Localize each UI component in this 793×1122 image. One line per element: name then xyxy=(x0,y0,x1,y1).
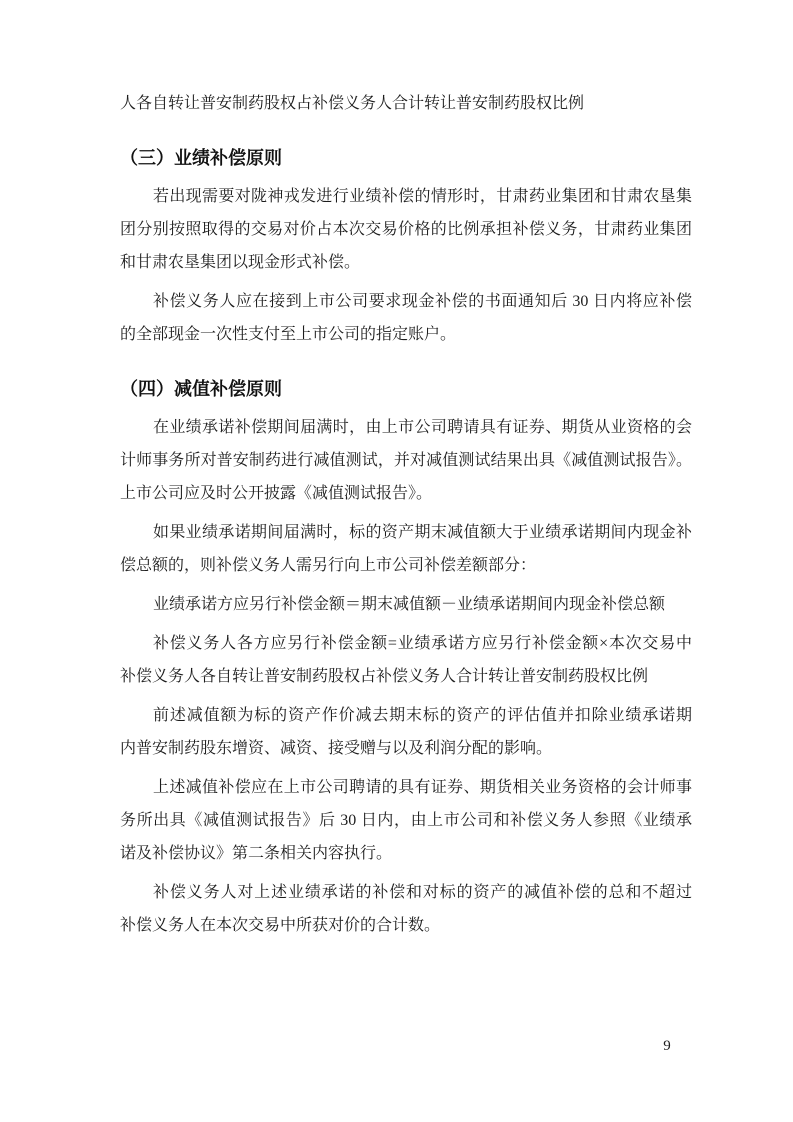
document-page: 人各自转让普安制药股权占补偿义务人合计转让普安制药股权比例 （三）业绩补偿原则 … xyxy=(0,0,793,1122)
paragraph-line: 补偿义务人对上述业绩承诺的补偿和对标的资产的减值补偿的总和不超过 xyxy=(120,876,692,909)
formula-paragraph: 业绩承诺方应另行补偿金额＝期末减值额－业绩承诺期间内现金补偿总额 xyxy=(120,588,692,621)
formula-line: 业绩承诺方应另行补偿金额＝期末减值额－业绩承诺期间内现金补偿总额 xyxy=(120,588,692,621)
paragraph-line: 诺及补偿协议》第二条相关内容执行。 xyxy=(120,837,692,870)
formula-paragraph: 补偿义务人各方应另行补偿金额=业绩承诺方应另行补偿金额×本次交易中 补偿义务人各… xyxy=(120,627,692,693)
paragraph: 补偿义务人对上述业绩承诺的补偿和对标的资产的减值补偿的总和不超过 补偿义务人在本… xyxy=(120,876,692,942)
paragraph-line: 若出现需要对陇神戎发进行业绩补偿的情形时，甘肃药业集团和甘肃农垦集 xyxy=(120,180,692,213)
paragraph-line: 团分别按照取得的交易对价占本次交易价格的比例承担补偿义务，甘肃药业集团 xyxy=(120,213,692,246)
paragraph: 前述减值额为标的资产作价减去期末标的资产的评估值并扣除业绩承诺期 内普安制药股东… xyxy=(120,699,692,765)
paragraph: 若出现需要对陇神戎发进行业绩补偿的情形时，甘肃药业集团和甘肃农垦集 团分别按照取… xyxy=(120,180,692,279)
formula-line: 补偿义务人各自转让普安制药股权占补偿义务人合计转让普安制药股权比例 xyxy=(120,660,692,693)
paragraph-line: 前述减值额为标的资产作价减去期末标的资产的评估值并扣除业绩承诺期 xyxy=(120,699,692,732)
paragraph-continuation: 人各自转让普安制药股权占补偿义务人合计转让普安制药股权比例 xyxy=(120,87,692,120)
section-heading-4: （四）减值补偿原则 xyxy=(120,373,692,406)
paragraph-line: 人各自转让普安制药股权占补偿义务人合计转让普安制药股权比例 xyxy=(120,87,692,120)
paragraph-line: 的全部现金一次性支付至上市公司的指定账户。 xyxy=(120,318,692,351)
paragraph-line: 补偿义务人应在接到上市公司要求现金补偿的书面通知后 30 日内将应补偿 xyxy=(120,285,692,318)
paragraph: 上述减值补偿应在上市公司聘请的具有证券、期货相关业务资格的会计师事 务所出具《减… xyxy=(120,771,692,870)
paragraph-line: 在业绩承诺补偿期间届满时，由上市公司聘请具有证券、期货从业资格的会 xyxy=(120,411,692,444)
paragraph-line: 内普安制药股东增资、减资、接受赠与以及利润分配的影响。 xyxy=(120,732,692,765)
paragraph-line: 如果业绩承诺期间届满时，标的资产期末减值额大于业绩承诺期间内现金补 xyxy=(120,516,692,549)
document-body: 人各自转让普安制药股权占补偿义务人合计转让普安制药股权比例 （三）业绩补偿原则 … xyxy=(120,87,692,948)
paragraph-line: 补偿义务人在本次交易中所获对价的合计数。 xyxy=(120,909,692,942)
formula-line: 补偿义务人各方应另行补偿金额=业绩承诺方应另行补偿金额×本次交易中 xyxy=(120,627,692,660)
paragraph-line: 上市公司应及时公开披露《减值测试报告》。 xyxy=(120,477,692,510)
section-heading-3: （三）业绩补偿原则 xyxy=(120,142,692,175)
paragraph-line: 上述减值补偿应在上市公司聘请的具有证券、期货相关业务资格的会计师事 xyxy=(120,771,692,804)
paragraph-line: 和甘肃农垦集团以现金形式补偿。 xyxy=(120,246,692,279)
paragraph: 补偿义务人应在接到上市公司要求现金补偿的书面通知后 30 日内将应补偿 的全部现… xyxy=(120,285,692,351)
paragraph-line: 计师事务所对普安制药进行减值测试，并对减值测试结果出具《减值测试报告》。 xyxy=(120,444,692,477)
paragraph-line: 务所出具《减值测试报告》后 30 日内，由上市公司和补偿义务人参照《业绩承 xyxy=(120,804,692,837)
paragraph-line: 偿总额的，则补偿义务人需另行向上市公司补偿差额部分： xyxy=(120,549,692,582)
page-number: 9 xyxy=(653,1036,681,1056)
paragraph: 如果业绩承诺期间届满时，标的资产期末减值额大于业绩承诺期间内现金补 偿总额的，则… xyxy=(120,516,692,582)
paragraph: 在业绩承诺补偿期间届满时，由上市公司聘请具有证券、期货从业资格的会 计师事务所对… xyxy=(120,411,692,510)
